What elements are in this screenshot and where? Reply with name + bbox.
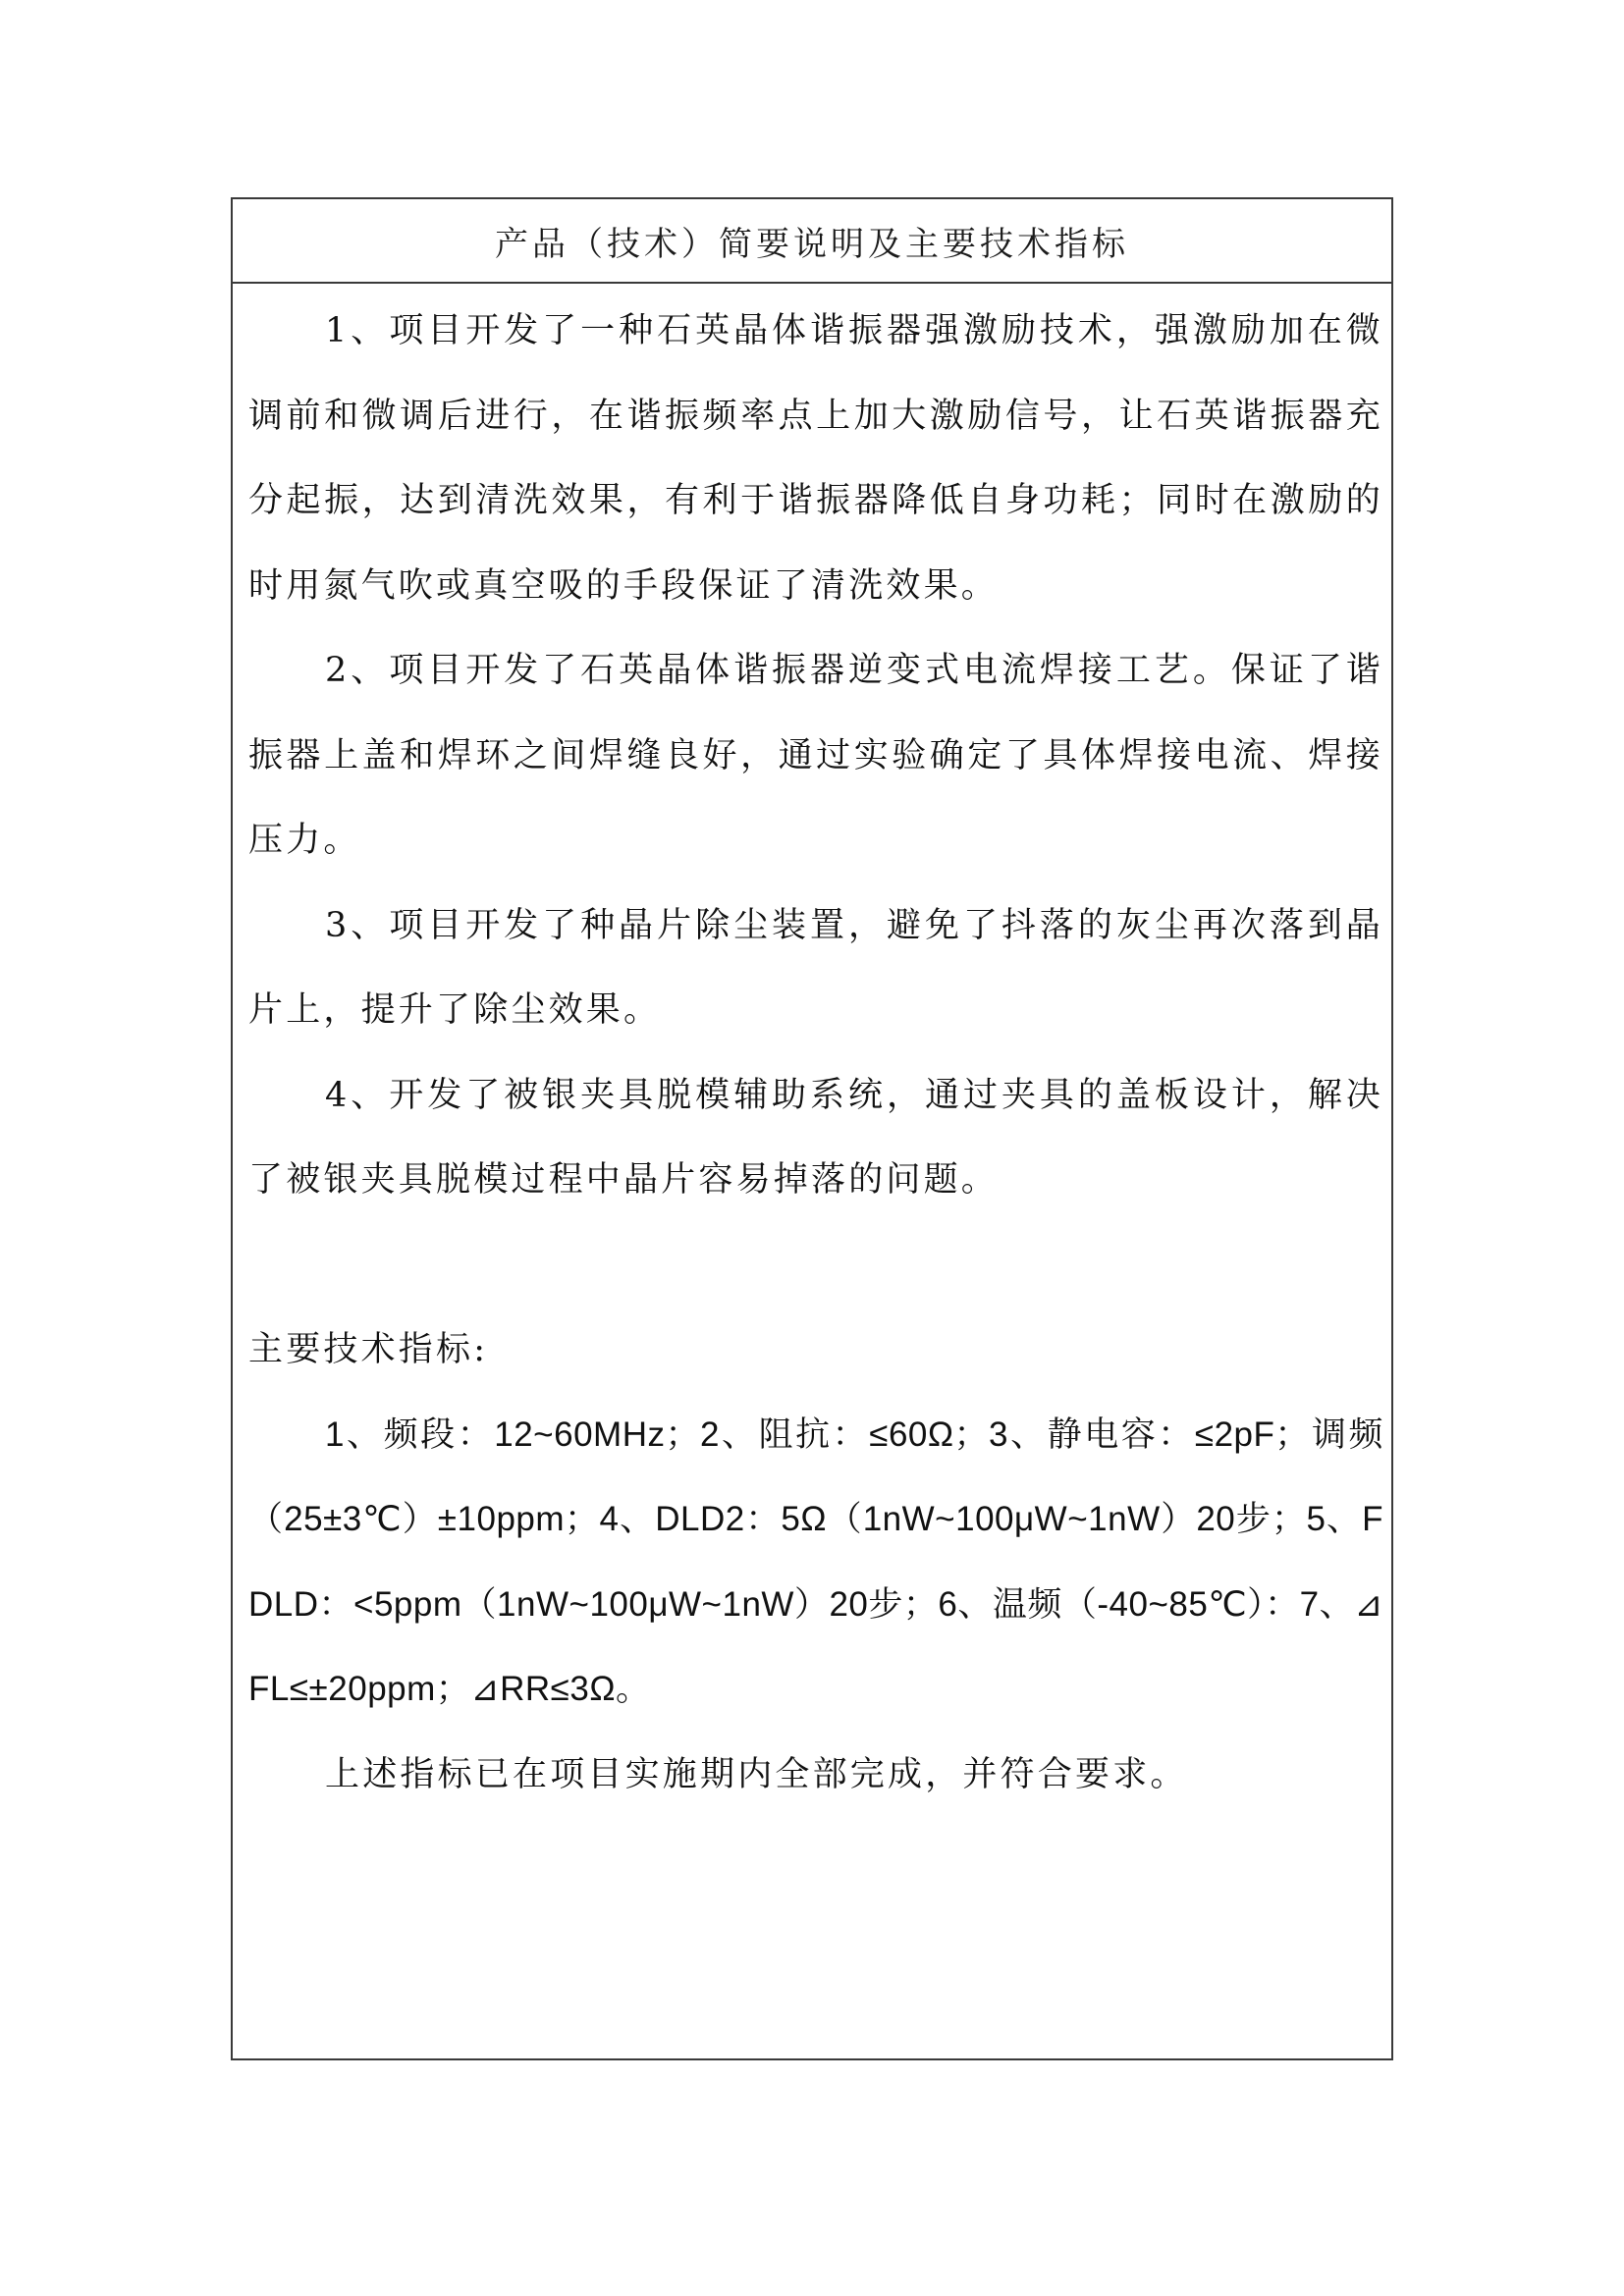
table-body-cell: 1、项目开发了一种石英晶体谐振器强激励技术，强激励加在微调前和微调后进行，在谐振… — [233, 289, 1391, 1817]
paragraph-item-1: 1、项目开发了一种石英晶体谐振器强激励技术，强激励加在微调前和微调后进行，在谐振… — [248, 289, 1383, 628]
specs-list: 1、频段：12~60MHz；2、阻抗：≤60Ω；3、静电容：≤2pF；调频（25… — [248, 1393, 1383, 1733]
table-header-row: 产品（技术）简要说明及主要技术指标 — [233, 199, 1391, 284]
spacer — [248, 1223, 1383, 1308]
description-table: 产品（技术）简要说明及主要技术指标 1、项目开发了一种石英晶体谐振器强激励技术，… — [231, 197, 1393, 2060]
specs-heading: 主要技术指标: — [248, 1308, 1383, 1393]
paragraph-item-2: 2、项目开发了石英晶体谐振器逆变式电流焊接工艺。保证了谐振器上盖和焊环之间焊缝良… — [248, 628, 1383, 883]
table-title: 产品（技术）简要说明及主要技术指标 — [495, 217, 1129, 265]
paragraph-item-4: 4、开发了被银夹具脱模辅助系统，通过夹具的盖板设计，解决了被银夹具脱模过程中晶片… — [248, 1053, 1383, 1223]
paragraph-item-3: 3、项目开发了种晶片除尘装置，避免了抖落的灰尘再次落到晶片上，提升了除尘效果。 — [248, 883, 1383, 1053]
conclusion-text: 上述指标已在项目实施期内全部完成，并符合要求。 — [248, 1733, 1383, 1818]
